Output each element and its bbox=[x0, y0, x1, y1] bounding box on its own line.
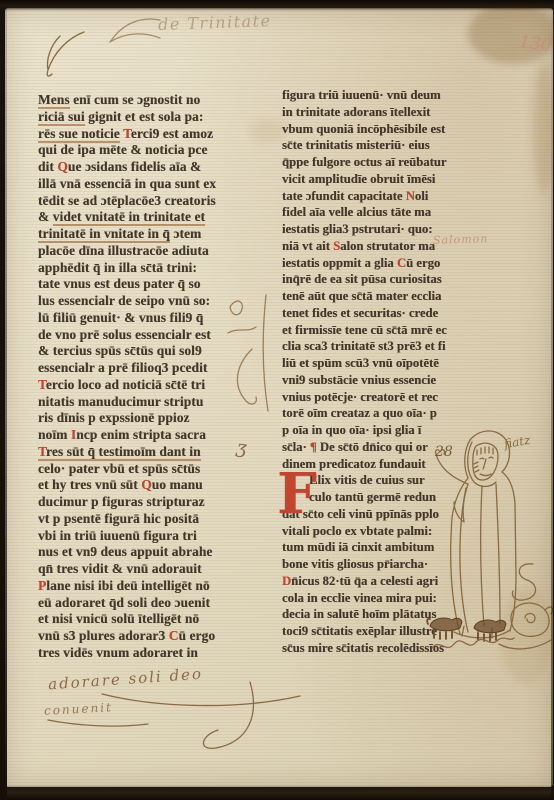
rubricated-letter: I bbox=[71, 427, 76, 442]
rubricated-letter: D bbox=[282, 574, 291, 588]
rubricated-letter: P bbox=[38, 578, 46, 593]
rubricated-letter: S bbox=[333, 239, 340, 253]
text-line: vbum quoniā incōphēsibile est bbox=[282, 121, 447, 138]
text-line: qui de ipa mēte & noticia pce bbox=[38, 142, 216, 159]
text-line: toci9 sc̄titatis exēplar illustre bbox=[282, 623, 447, 640]
reader-underline: rēs sue noticie bbox=[38, 126, 120, 143]
rubricated-letter: T bbox=[123, 126, 131, 141]
text-line: sc̄la· ¶ De sc̄tō dn̄ico qui or bbox=[282, 439, 447, 456]
reader-underline: riciā sui bbox=[38, 109, 85, 126]
text-line: iestatis oppmit a glia Cū ergo bbox=[282, 255, 447, 272]
reader-underline: Tres sūt q̄ testimoīm dant in bbox=[38, 444, 201, 461]
scrawl-word bbox=[428, 630, 518, 660]
text-line: nitatis manuducimur striptu bbox=[38, 394, 216, 411]
reader-underline: Mens bbox=[38, 92, 70, 109]
text-line: trinitatē in vnitate in q̄ ɔtem bbox=[38, 226, 216, 243]
paper-stain bbox=[250, 118, 286, 144]
text-line: sc̄us mire sc̄itatis recolēdissīos bbox=[282, 640, 447, 657]
text-line: niā vt ait Salon strutator ma bbox=[282, 238, 447, 255]
rubricated-letter: T bbox=[38, 377, 46, 392]
text-line: iestatis glia3 pstrutari· quo: bbox=[282, 221, 447, 238]
text-line: fidel aīa velle alcius tāte ma bbox=[282, 204, 447, 221]
text-line: et nisi vnicū solū ītelligēt nō bbox=[38, 611, 216, 628]
text-line: vnius potēcje· creatorē et rec bbox=[282, 389, 447, 406]
rubricated-letter: N bbox=[406, 189, 415, 203]
text-line: clia sca3 trinitatē st3 prē3 et fi bbox=[282, 338, 447, 355]
text-line: Tercio loco ad noticiā sc̄tē tri bbox=[38, 377, 216, 394]
scan-edge-top bbox=[0, 0, 554, 11]
text-line: tēdit se ad ɔtēplacōe3 creatoris bbox=[38, 193, 216, 210]
text-line: tres vidēs vnum adoraret in bbox=[38, 645, 216, 662]
text-line: vt p psentē figurā hic positā bbox=[38, 511, 216, 528]
text-line: Plane nisi ibi deū intelligēt nō bbox=[38, 578, 216, 595]
text-line: Mens enī cum se ɔgnostit no bbox=[38, 92, 216, 109]
text-line: p oīa in quo oīa· ipsi glia ī bbox=[282, 422, 447, 439]
text-line: de vno prē solus essencialr est bbox=[38, 327, 216, 344]
text-line: nus et vn9 deus appuit abrahe bbox=[38, 544, 216, 561]
lombard-initial: F bbox=[277, 469, 317, 521]
text-line: & tercius spūs sc̄tūs qui sol9 bbox=[38, 343, 216, 360]
text-line: & videt vnitatē in trinitate et bbox=[38, 209, 216, 226]
text-line: in trinitate adorans ītellexit bbox=[282, 104, 447, 121]
text-line: tenē aūt que sc̄tā mater ecclia bbox=[282, 288, 447, 305]
rubricated-letter: ¶ bbox=[310, 440, 317, 454]
scanned-book-page: de Trinitate 130 Mens enī cum se ɔgnosti… bbox=[0, 0, 554, 800]
text-line: placōe dīna illustracōe adiuta bbox=[38, 243, 216, 260]
text-line: torē oīm creataz a quo oīa· p bbox=[282, 405, 447, 422]
text-line: apphēdit q̄ in illa sc̄tā trini: bbox=[38, 260, 216, 277]
text-line: figura triū iuuenū· vnū deum bbox=[282, 87, 447, 104]
text-line: bone vitis gliosus pr̄iarcha· bbox=[282, 556, 447, 573]
text-line: decia in salutē hoīm plātatus bbox=[282, 606, 447, 623]
rubricated-letter: T bbox=[38, 444, 46, 459]
text-line: tum mūdi iā cinxit ambitum bbox=[282, 539, 447, 556]
text-column-left: Mens enī cum se ɔgnostit noriciā sui gig… bbox=[38, 92, 216, 662]
text-line: essencialr a prē filioq3 pcedit bbox=[38, 360, 216, 377]
rubricated-letter: C bbox=[169, 628, 179, 643]
rubricated-letter: C bbox=[397, 256, 406, 270]
text-line: ducimur p figuras stripturaz bbox=[38, 494, 216, 511]
text-line: eū adoraret q̄d soli deo ɔuenit bbox=[38, 595, 216, 612]
text-line: tate vnus est deus pater q̄ so bbox=[38, 276, 216, 293]
pen-flourish-top-left bbox=[34, 26, 94, 82]
header-inscription: de Trinitate bbox=[158, 11, 272, 34]
text-line: dit Que ɔsidans fidelis aīa & bbox=[38, 159, 216, 176]
rubricated-letter: Q bbox=[57, 159, 68, 174]
text-column-right: figura triū iuuenū· vnū deumin trinitate… bbox=[282, 87, 447, 657]
text-line: liū et spūm scū3 vnū oīpotētē bbox=[282, 355, 447, 372]
text-line: vni9 substācie vnius essencie bbox=[282, 372, 447, 389]
text-line: celo· pater vbū et spūs sc̄tūs bbox=[38, 461, 216, 478]
margin-note-salomon: Salomon bbox=[433, 232, 489, 247]
text-line: lus essencialr de seipo vnū so: bbox=[38, 293, 216, 310]
text-line: Tres sūt q̄ testimoīm dant in bbox=[38, 444, 216, 461]
text-line: vicit amplitudīe obruit īmēsi bbox=[282, 171, 447, 188]
text-line: vnū s3 plures adorar3 Cū ergo bbox=[38, 628, 216, 645]
text-line: cola in ecclie vinea mira pui: bbox=[282, 590, 447, 607]
text-line: et hy tres vnū sūt Quo manu bbox=[38, 477, 216, 494]
text-line: qn̄ tres vidit & vnū adorauit bbox=[38, 561, 216, 578]
pen-flourish-header bbox=[106, 14, 164, 48]
rubricated-letter: Q bbox=[141, 477, 152, 492]
folio-number: 130 bbox=[518, 32, 553, 56]
text-line: inq̄rē de ea sit pūsa curiositas bbox=[282, 271, 447, 288]
reader-underline: videt vnitatē in trinitate et bbox=[53, 209, 205, 226]
text-line: Dn̄icus 82·tū q̄a a celesti agri bbox=[282, 573, 447, 590]
text-line: ris dīnis p expssionē ppioz bbox=[38, 410, 216, 427]
scan-edge-left bbox=[0, 0, 7, 800]
text-line: noīm Incp enim stripta sacra bbox=[38, 427, 216, 444]
text-line: rēs sue noticie Terci9 est amoz bbox=[38, 126, 216, 143]
text-line: tenet fides et securitas· crede bbox=[282, 305, 447, 322]
text-line: tate ɔfundit capacitate Noli bbox=[282, 188, 447, 205]
text-line: riciā sui gignit et est sola pa: bbox=[38, 109, 216, 126]
scan-edge-bottom bbox=[0, 785, 554, 800]
text-line: sc̄te trinitatis misteriū· eius bbox=[282, 137, 447, 154]
intercolumn-scribble bbox=[222, 293, 274, 423]
margin-note-number: 28 bbox=[435, 444, 453, 460]
text-line: illā vnā essenciā in qua sunt ex bbox=[38, 176, 216, 193]
text-line: lū filiū genuit· & vnus fili9 q̄ bbox=[38, 310, 216, 327]
text-line: q̄ppe fulgore octus aī reūbatur bbox=[282, 154, 447, 171]
reader-underline: trinitatē in vnitate in q̄ bbox=[38, 226, 170, 243]
text-line: et firmissīe tene cū sc̄tā mrē ec bbox=[282, 322, 447, 339]
text-line: vbi in triū iuuenū figura tri bbox=[38, 528, 216, 545]
